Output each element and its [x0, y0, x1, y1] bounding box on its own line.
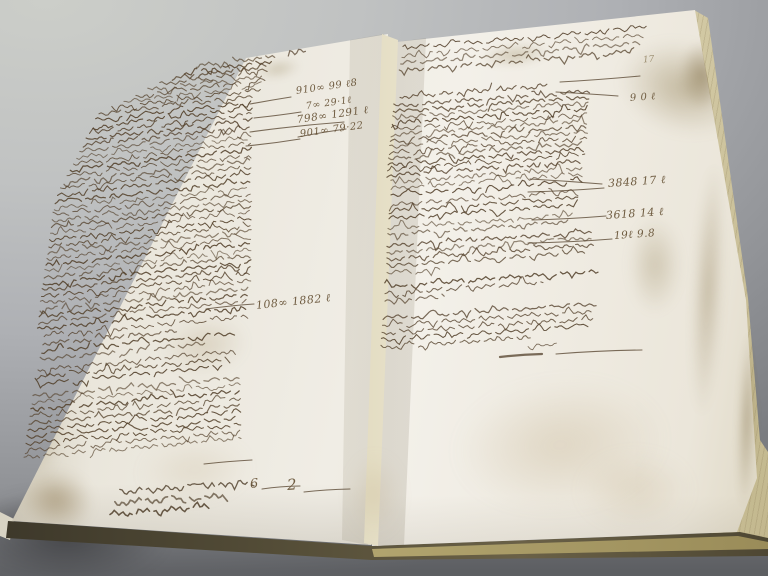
margin-figure: 6 — [249, 476, 259, 492]
margin-figure: 3848 17 ℓ — [608, 173, 667, 190]
margin-figure: 9 0 ℓ — [630, 91, 656, 104]
folio-number: 17 — [643, 55, 655, 66]
margin-figure: 19ℓ 9.8 — [614, 227, 656, 242]
margin-figure: 2 — [286, 475, 297, 494]
margin-figure: 108∞ 1882 ℓ — [255, 291, 331, 312]
margin-figures-layer: 17 910∞ 99 ℓ87∞ 29·1ℓ798∞ 1291 ℓ901∞ 79·… — [0, 0, 768, 576]
photo-stage: 17 910∞ 99 ℓ87∞ 29·1ℓ798∞ 1291 ℓ901∞ 79·… — [0, 0, 768, 576]
margin-figure: 3618 14 ℓ — [606, 205, 665, 222]
